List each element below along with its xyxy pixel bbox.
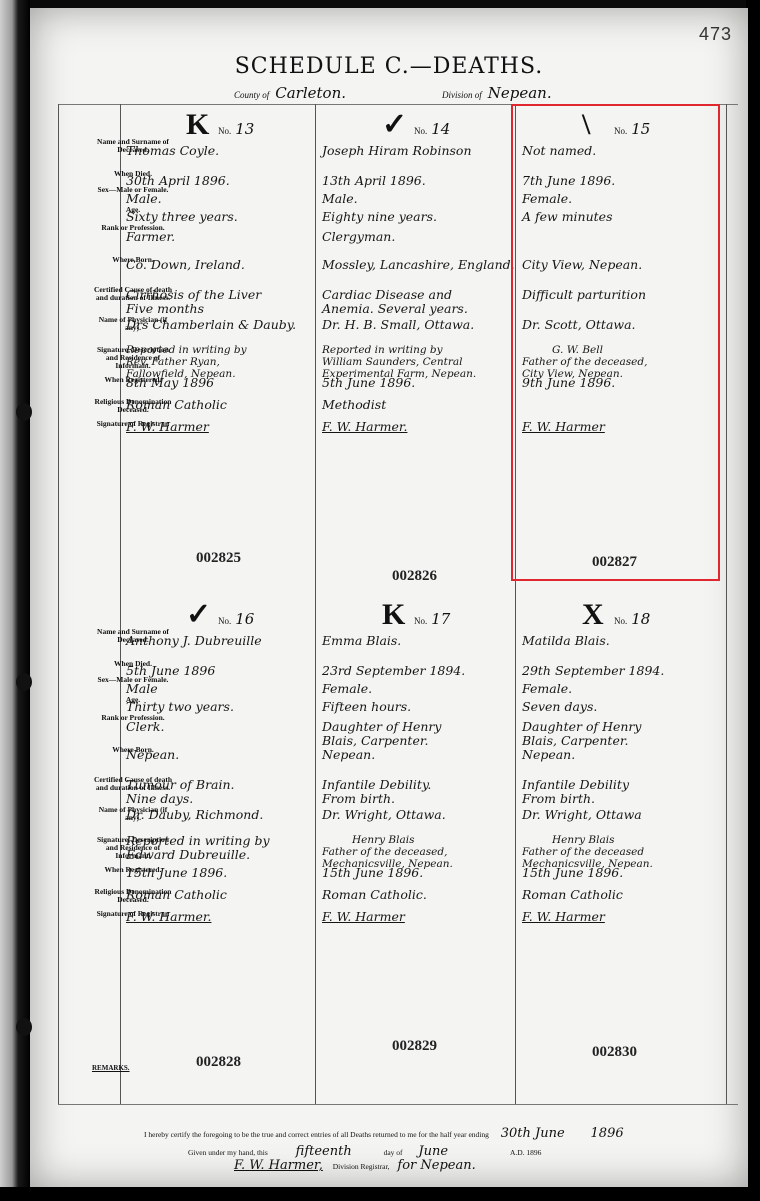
field-physician: Dr. Wright, Ottawa. xyxy=(322,808,446,822)
field-when-registered: 15th June 1896. xyxy=(322,866,423,880)
field-religion: Roman Catholic xyxy=(522,888,623,902)
binding-hole xyxy=(16,1018,32,1036)
field-when-died: 29th September 1894. xyxy=(522,664,664,678)
field-informant: Henry Blais xyxy=(352,834,415,846)
left-rule xyxy=(58,104,59,1104)
field-rank: Clerk. xyxy=(126,720,164,734)
half-year-ending-date: 30th June xyxy=(501,1126,565,1141)
field-age: Seven days. xyxy=(522,700,597,714)
field-rank: Blais, Carpenter. xyxy=(522,734,628,748)
field-age: Eighty nine years. xyxy=(322,210,437,224)
remarks-label: REMARKS. xyxy=(92,1064,130,1072)
field-cause: From birth. xyxy=(322,792,395,806)
check-mark-icon: X xyxy=(582,600,604,630)
field-rank: Daughter of Henry xyxy=(322,720,441,734)
field-sex: Male. xyxy=(126,192,162,206)
registrar-line: F. W. Harmer, Division Registrar, for Ne… xyxy=(234,1158,476,1173)
field-sex: Male. xyxy=(322,192,358,206)
check-mark-icon: ✓ xyxy=(186,600,211,630)
field-informant: Reported in writing by xyxy=(322,344,443,356)
bottom-rule xyxy=(58,1104,738,1105)
ad-year: A.D. 1896 xyxy=(510,1148,541,1157)
field-informant: Reported in writing by xyxy=(126,344,247,356)
page-edge-bottom xyxy=(0,1187,760,1201)
record-stamp-number: 002825 xyxy=(196,550,241,567)
division-value: Nepean. xyxy=(488,84,552,102)
field-physician: Dr. Wright, Ottawa xyxy=(522,808,642,822)
field-registrar: F. W. Harmer. xyxy=(126,910,211,924)
field-when-died: 5th June 1896 xyxy=(126,664,215,678)
field-registrar: F. W. Harmer xyxy=(522,910,605,924)
field-religion: Roman Catholic xyxy=(126,398,227,412)
registrar-division: for Nepean. xyxy=(397,1158,475,1173)
column-rule-1 xyxy=(315,104,316,1104)
field-when-registered: 5th June 1896. xyxy=(322,376,415,390)
field-physician: Drs Chamberlain & Dauby. xyxy=(126,318,296,332)
page-number: 473 xyxy=(699,24,732,45)
field-sex: Female. xyxy=(322,682,372,696)
field-age: Thirty two years. xyxy=(126,700,234,714)
entry-number: No.16 xyxy=(218,610,254,628)
field-when-registered: 15th June 1896. xyxy=(126,866,227,880)
county-label: County of xyxy=(234,90,269,100)
field-informant: Reported in writing by xyxy=(126,834,270,848)
day-of-label: day of xyxy=(384,1148,403,1157)
record-stamp-number: 002826 xyxy=(392,568,437,585)
division-label: Division of xyxy=(442,90,482,100)
check-mark-icon: K xyxy=(382,600,405,630)
county-value: Carleton. xyxy=(275,84,346,102)
field-when-registered: 8th May 1896 xyxy=(126,376,214,390)
field-name: Matilda Blais. xyxy=(522,634,610,648)
field-name: Thomas Coyle. xyxy=(126,144,219,158)
division-field: Division ofNepean. xyxy=(442,84,552,102)
field-when-died: 23rd September 1894. xyxy=(322,664,465,678)
field-physician: Dr. Dauby, Richmond. xyxy=(126,808,263,822)
certification-text: I hereby certify the foregoing to be the… xyxy=(144,1130,489,1139)
field-cause: Tumour of Brain. xyxy=(126,778,235,792)
county-field: County ofCarleton. xyxy=(234,84,346,102)
entry-number: No.17 xyxy=(414,610,450,628)
field-name: Anthony J. Dubreuille xyxy=(126,634,262,648)
entry-number: No.13 xyxy=(218,120,254,138)
record-stamp-number: 002829 xyxy=(392,1038,437,1055)
record-stamp-number: 002828 xyxy=(196,1054,241,1071)
field-name: Emma Blais. xyxy=(322,634,401,648)
field-cause: Five months xyxy=(126,302,204,316)
field-cause: From birth. xyxy=(522,792,595,806)
field-age: Fifteen hours. xyxy=(322,700,411,714)
field-rank: Daughter of Henry xyxy=(522,720,641,734)
given-label: Given under my hand, this xyxy=(188,1148,268,1157)
field-informant: Father of the deceased, xyxy=(322,846,447,858)
entry-number: No.14 xyxy=(414,120,450,138)
field-informant: Father of the deceased xyxy=(522,846,644,858)
field-informant: William Saunders, Central xyxy=(322,356,462,368)
given-month: June xyxy=(418,1144,448,1159)
field-informant: Edward Dubreuille. xyxy=(126,848,250,862)
field-religion: Roman Catholic xyxy=(126,888,227,902)
highlighted-entry-box xyxy=(511,104,720,581)
field-informant: Rev. Father Ryan, xyxy=(126,356,220,368)
binding-hole xyxy=(16,403,32,421)
field-informant: Henry Blais xyxy=(552,834,615,846)
field-when-died: 30th April 1896. xyxy=(126,174,230,188)
field-where-born: Nepean. xyxy=(522,748,575,762)
field-cause: Anemia. Several years. xyxy=(322,302,468,316)
field-when-registered: 15th June 1896. xyxy=(522,866,623,880)
field-age: Sixty three years. xyxy=(126,210,238,224)
field-where-born: Nepean. xyxy=(126,748,179,762)
field-rank: Farmer. xyxy=(126,230,175,244)
check-mark-icon: K xyxy=(186,110,209,140)
field-name: Joseph Hiram Robinson xyxy=(322,144,472,158)
field-religion: Roman Catholic. xyxy=(322,888,427,902)
field-where-born: Nepean. xyxy=(322,748,375,762)
registrar-title: Division Registrar, xyxy=(333,1162,390,1171)
field-cause: Cirrhosis of the Liver xyxy=(126,288,261,302)
field-cause: Nine days. xyxy=(126,792,193,806)
field-registrar: F. W. Harmer xyxy=(126,420,209,434)
field-religion: Methodist xyxy=(322,398,386,412)
field-rank: Clergyman. xyxy=(322,230,395,244)
field-rank: Blais, Carpenter. xyxy=(322,734,428,748)
field-cause: Infantile Debility xyxy=(522,778,629,792)
field-physician: Dr. H. B. Small, Ottawa. xyxy=(322,318,474,332)
check-mark-icon: ✓ xyxy=(382,110,407,140)
field-where-born: Co. Down, Ireland. xyxy=(126,258,245,272)
record-stamp-number: 002830 xyxy=(592,1044,637,1061)
binding-hole xyxy=(16,673,32,691)
entry-number: No.18 xyxy=(614,610,650,628)
half-year-ending-year: 1896 xyxy=(591,1126,624,1141)
field-sex: Male xyxy=(126,682,158,696)
field-registrar: F. W. Harmer. xyxy=(322,420,407,434)
right-rule xyxy=(726,104,727,1104)
field-cause: Cardiac Disease and xyxy=(322,288,452,302)
given-day: fifteenth xyxy=(296,1144,352,1159)
page-edge-right xyxy=(746,0,760,1201)
field-when-died: 13th April 1896. xyxy=(322,174,426,188)
certification-line: I hereby certify the foregoing to be the… xyxy=(144,1126,624,1141)
field-sex: Female. xyxy=(522,682,572,696)
field-where-born: Mossley, Lancashire, England. xyxy=(322,258,515,272)
given-line: Given under my hand, this fifteenth day … xyxy=(188,1144,541,1159)
field-registrar: F. W. Harmer xyxy=(322,910,405,924)
page-title: SCHEDULE C.—DEATHS. xyxy=(30,54,748,79)
registrar-signature: F. W. Harmer, xyxy=(234,1158,323,1173)
label-column-rule xyxy=(120,104,121,1104)
field-cause: Infantile Debility. xyxy=(322,778,431,792)
